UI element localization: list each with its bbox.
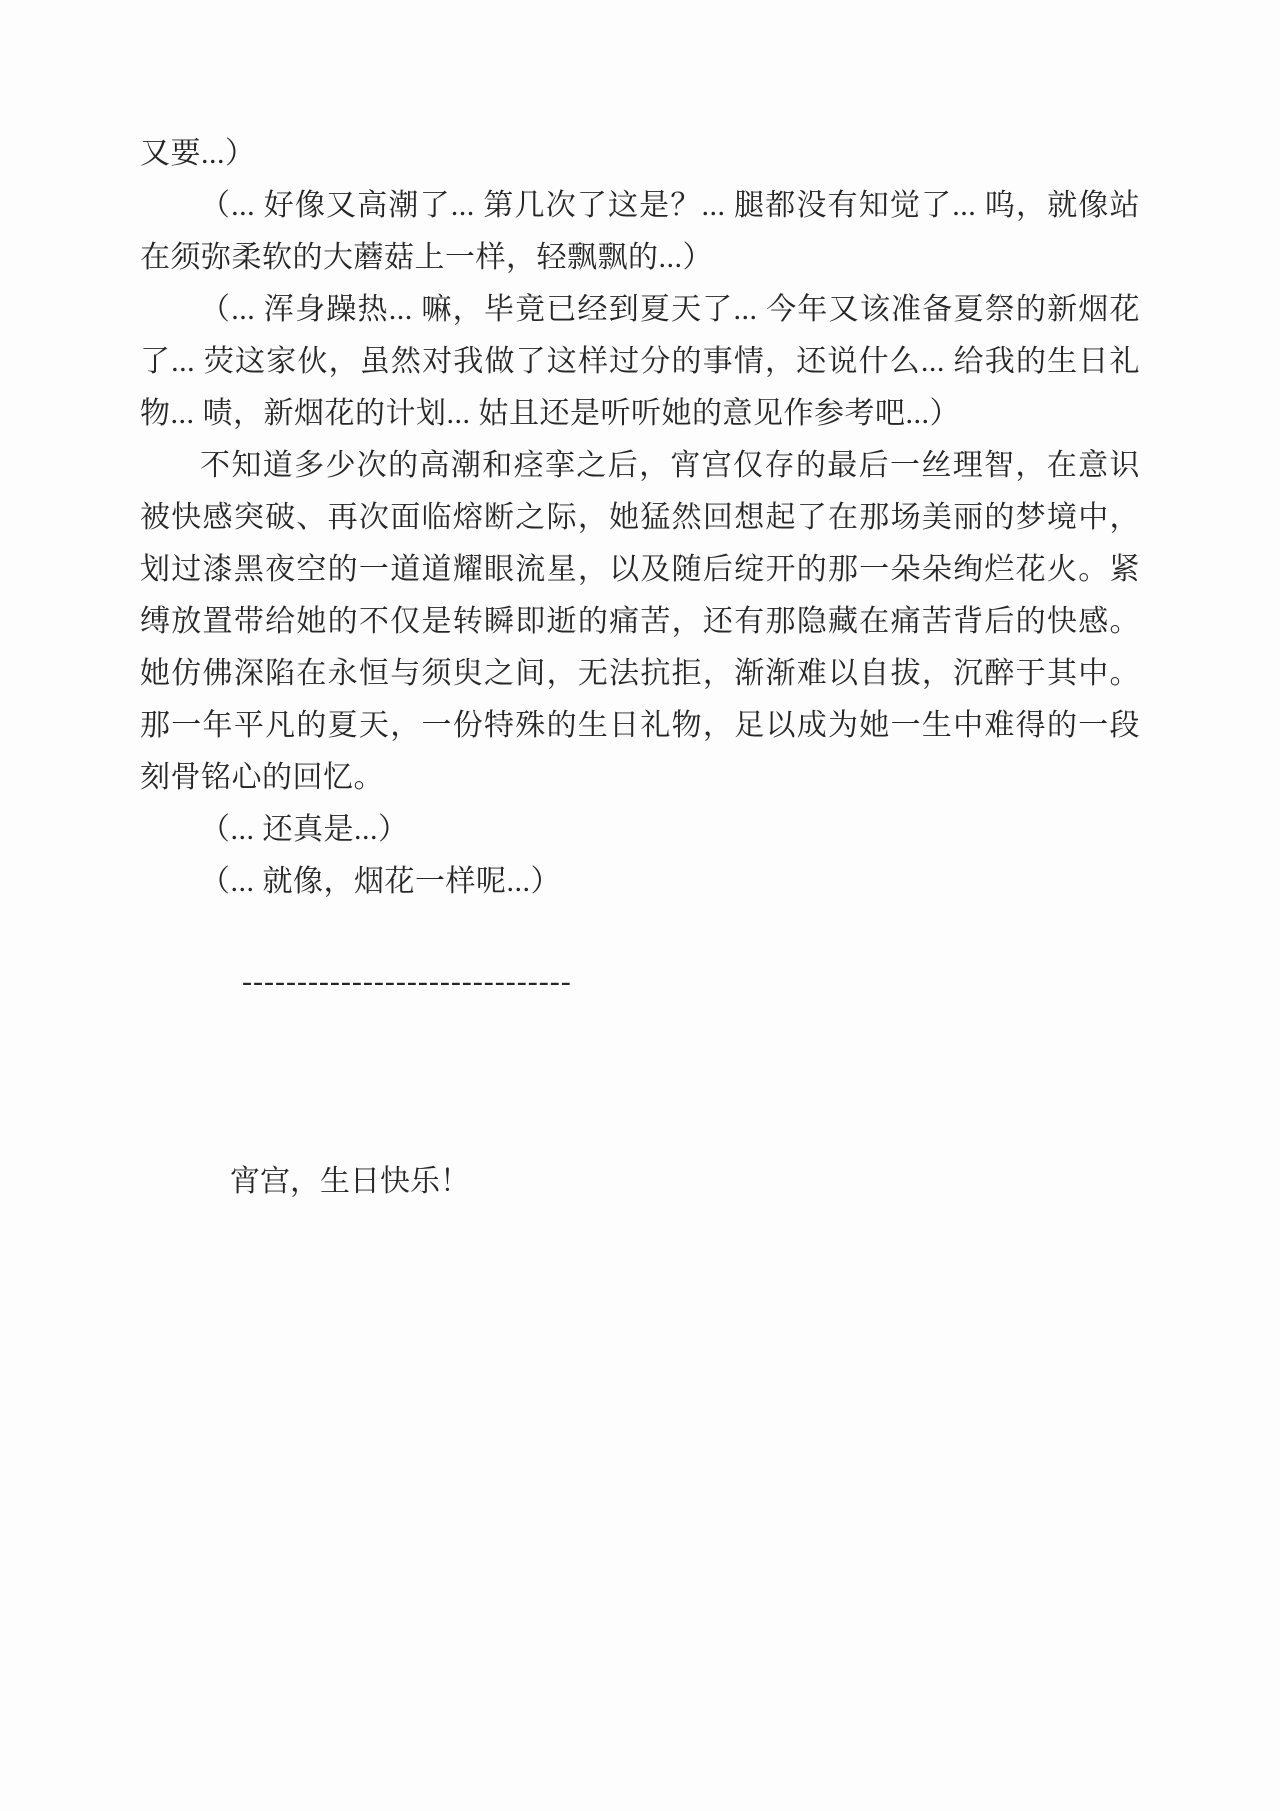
paragraph-inner-monologue-4: （... 就像，烟花一样呢...） (140, 856, 1140, 908)
paragraph-inner-monologue-3: （... 还真是...） (140, 804, 1140, 856)
paragraph-continuation: 又要...） (140, 128, 1140, 180)
paragraph-narration: 不知道多少次的高潮和痉挛之后，宵宫仅存的最后一丝理智，在意识被快感突破、再次面临… (140, 440, 1140, 804)
closing-birthday-line: 宵宫，生日快乐！ (140, 1156, 1140, 1208)
document-page: 又要...） （... 好像又高潮了... 第几次了这是？... 腿都没有知觉了… (0, 0, 1280, 1811)
paragraph-inner-monologue-2: （... 浑身躁热... 嘛，毕竟已经到夏天了... 今年又该准备夏祭的新烟花了… (140, 284, 1140, 440)
paragraph-inner-monologue-1: （... 好像又高潮了... 第几次了这是？... 腿都没有知觉了... 呜，就… (140, 180, 1140, 284)
section-separator-dashes: ------------------------------ (140, 956, 1140, 1008)
